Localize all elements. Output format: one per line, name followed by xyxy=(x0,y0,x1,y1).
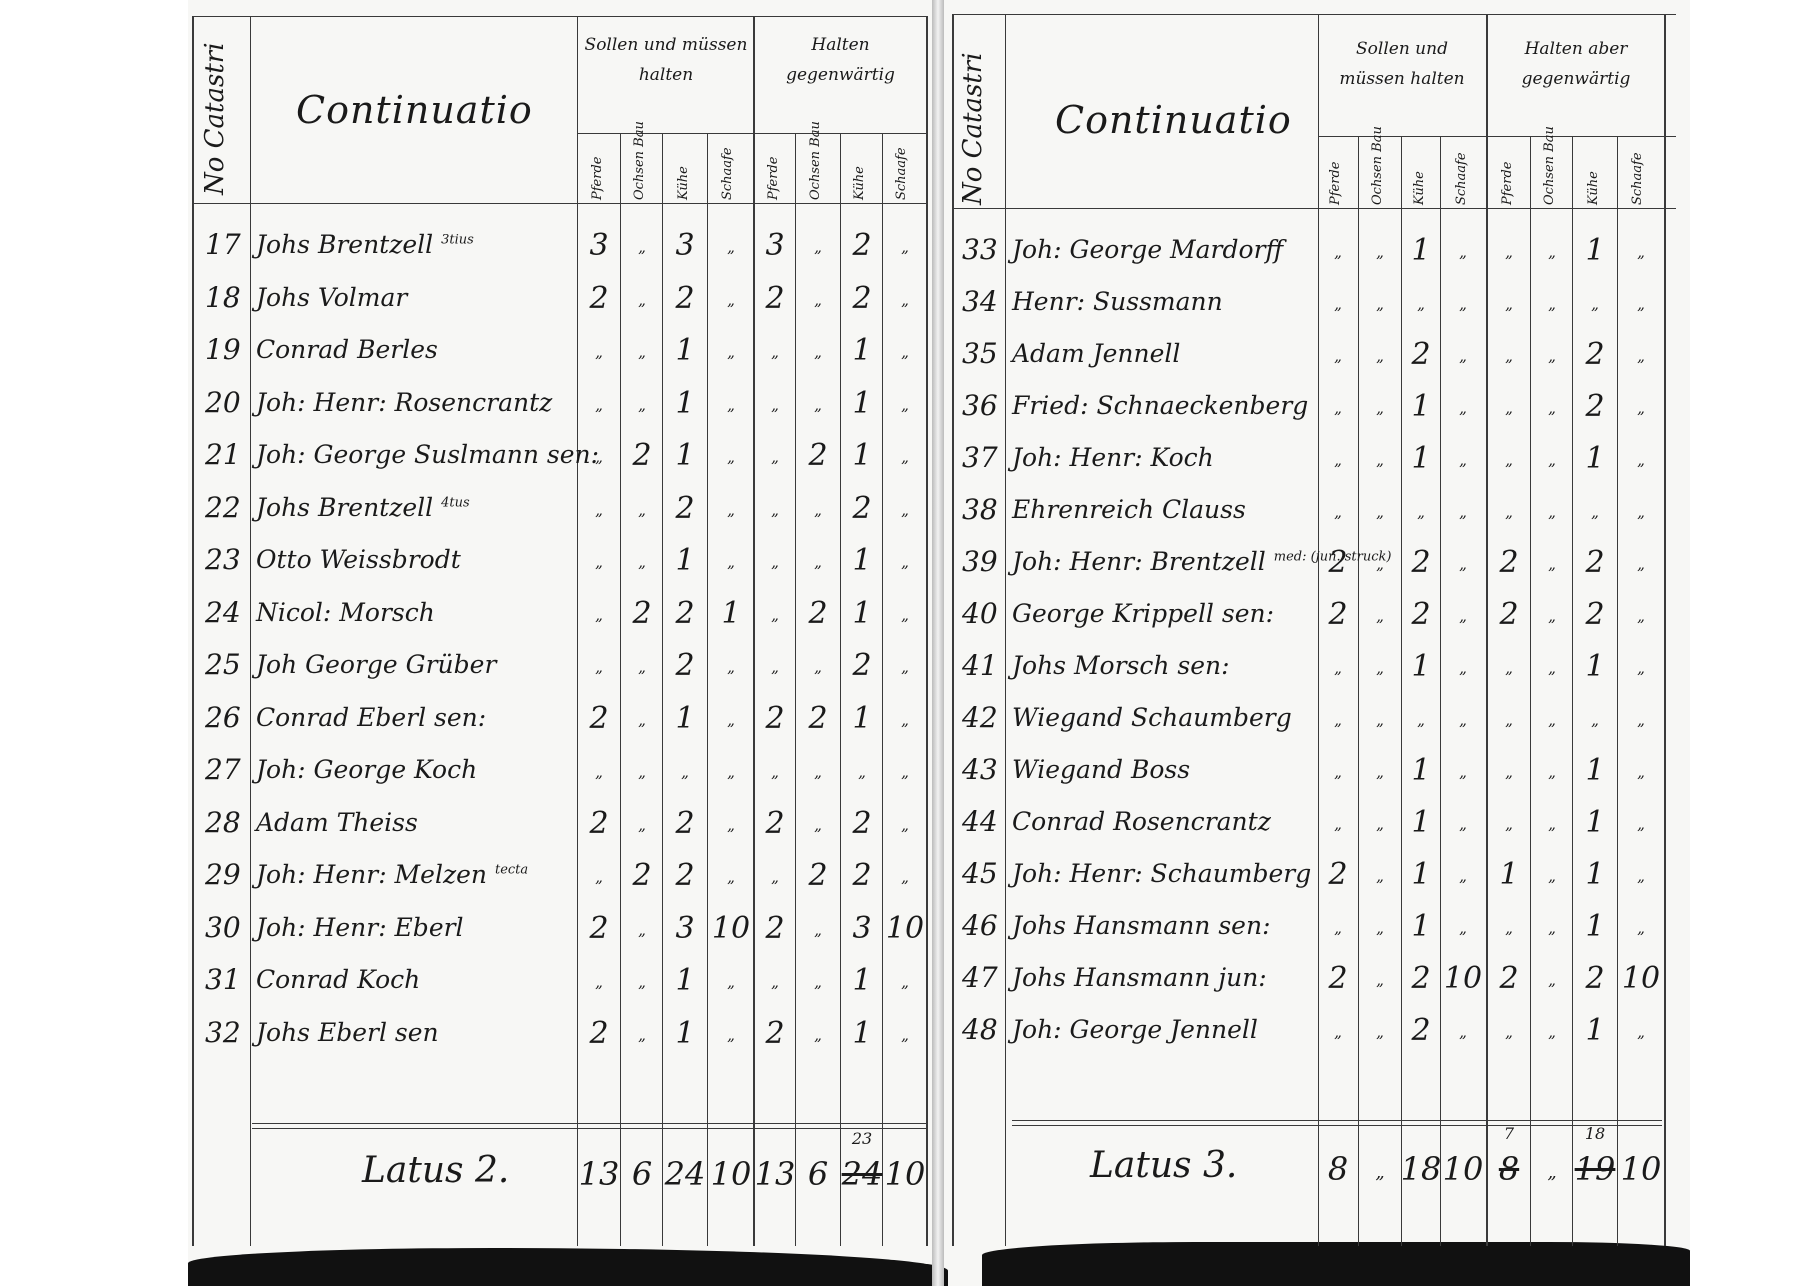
required-count: 10 xyxy=(1441,961,1485,996)
table-row: 40George Krippell sen: 2„2„2„2„ xyxy=(0,597,1814,648)
header-bottom-rule xyxy=(952,208,1676,209)
table-row: 37Joh: Henr: Koch „„1„„„1„ xyxy=(0,441,1814,492)
required-count: „ xyxy=(1441,753,1485,781)
current-count: „ xyxy=(1487,337,1531,365)
required-count: „ xyxy=(1316,805,1360,833)
current-count: „ xyxy=(1619,389,1663,417)
current-count: 1 xyxy=(1573,805,1617,840)
owner-name-text: Johs Hansmann sen: xyxy=(1012,911,1271,940)
required-count: „ xyxy=(1358,701,1402,729)
table-row: 39Joh: Henr: Brentzell med: (jun. struck… xyxy=(0,545,1814,596)
required-count: 2 xyxy=(1316,961,1360,996)
required-count: „ xyxy=(1358,493,1402,521)
latus-total: 10 xyxy=(1619,1150,1663,1188)
latus-struck-value: 19 xyxy=(1575,1150,1616,1188)
catastri-number: 39 xyxy=(962,545,998,578)
catastri-number: 35 xyxy=(962,337,998,370)
required-count: „ xyxy=(1316,701,1360,729)
current-count: 2 xyxy=(1573,545,1617,580)
table-row: 34Henr: Sussmann „„„„„„„„ xyxy=(0,285,1814,336)
current-count: „ xyxy=(1530,909,1574,937)
current-count: „ xyxy=(1619,701,1663,729)
current-count: 1 xyxy=(1573,649,1617,684)
current-count: „ xyxy=(1530,337,1574,365)
current-count: „ xyxy=(1530,233,1574,261)
current-count: „ xyxy=(1619,649,1663,677)
current-count: „ xyxy=(1530,857,1574,885)
required-count: „ xyxy=(1358,1013,1402,1041)
table-row: 36Fried: Schnaeckenberg „„1„„„2„ xyxy=(0,389,1814,440)
required-count: 2 xyxy=(1316,545,1360,580)
current-count: „ xyxy=(1487,493,1531,521)
table-row: 42Wiegand Schaumberg „„„„„„„„ xyxy=(0,701,1814,752)
owner-name: Joh: George Jennell xyxy=(1012,1015,1258,1044)
owner-name-text: Adam Jennell xyxy=(1012,339,1180,368)
required-count: 1 xyxy=(1399,909,1443,944)
required-count: „ xyxy=(1316,441,1360,469)
required-count: „ xyxy=(1358,285,1402,313)
required-count: 2 xyxy=(1316,597,1360,632)
required-count: „ xyxy=(1358,233,1402,261)
table-row: 46Johs Hansmann sen: „„1„„„1„ xyxy=(0,909,1814,960)
required-count: „ xyxy=(1358,909,1402,937)
owner-name: Fried: Schnaeckenberg xyxy=(1012,391,1308,420)
owner-name: Conrad Rosencrantz xyxy=(1012,807,1271,836)
latus-correction: 7 xyxy=(1487,1124,1531,1143)
required-count: „ xyxy=(1358,441,1402,469)
owner-name: Joh: Henr: Schaumberg xyxy=(1012,859,1311,888)
required-count: „ xyxy=(1358,753,1402,781)
catastri-number: 42 xyxy=(962,701,998,734)
subheader-pferde: Pferde xyxy=(1328,162,1343,205)
owner-name: George Krippell sen: xyxy=(1012,599,1274,628)
required-count: 2 xyxy=(1399,337,1443,372)
required-count: „ xyxy=(1316,233,1360,261)
required-count: 2 xyxy=(1399,597,1443,632)
current-count: 2 xyxy=(1487,545,1531,580)
current-count: „ xyxy=(1619,285,1663,313)
owner-name: Ehrenreich Clauss xyxy=(1012,495,1246,524)
current-count: „ xyxy=(1530,961,1574,989)
required-count: „ xyxy=(1316,1013,1360,1041)
current-count: „ xyxy=(1530,389,1574,417)
current-count: „ xyxy=(1619,909,1663,937)
required-count: „ xyxy=(1358,597,1402,625)
required-count: 2 xyxy=(1399,1013,1443,1048)
owner-name: Johs Morsch sen: xyxy=(1012,651,1230,680)
group-header-current: Halten aber gegenwärtig xyxy=(1492,34,1660,94)
catastri-number: 41 xyxy=(962,649,998,682)
latus-total: 8 xyxy=(1316,1150,1360,1188)
subheader-kuehe: Kühe xyxy=(1412,171,1427,205)
current-count: „ xyxy=(1530,1013,1574,1041)
owner-name-text: Joh: George Mardorff xyxy=(1012,235,1283,264)
required-count: 1 xyxy=(1399,857,1443,892)
table-row: 43Wiegand Boss „„1„„„1„ xyxy=(0,753,1814,804)
latus-total-corrected: 7 8 xyxy=(1487,1150,1531,1188)
catastri-number: 37 xyxy=(962,441,998,474)
owner-name: Henr: Sussmann xyxy=(1012,287,1223,316)
current-count: „ xyxy=(1619,337,1663,365)
required-count: „ xyxy=(1316,649,1360,677)
required-count: „ xyxy=(1441,857,1485,885)
subheader-pferde: Pferde xyxy=(1500,162,1515,205)
required-count: „ xyxy=(1441,337,1485,365)
required-count: „ xyxy=(1358,545,1402,573)
required-count: „ xyxy=(1358,649,1402,677)
latus-correction: 18 xyxy=(1573,1124,1617,1143)
required-count: „ xyxy=(1399,493,1443,521)
current-count: „ xyxy=(1530,285,1574,313)
current-count: „ xyxy=(1619,1013,1663,1041)
catastri-number: 44 xyxy=(962,805,998,838)
required-count: 1 xyxy=(1399,233,1443,268)
current-count: 1 xyxy=(1573,1013,1617,1048)
latus-rule xyxy=(1012,1120,1662,1126)
owner-name-text: Joh: Henr: Brentzell xyxy=(1012,547,1266,576)
required-count: „ xyxy=(1441,389,1485,417)
catastri-number: 38 xyxy=(962,493,998,526)
required-count: „ xyxy=(1316,389,1360,417)
current-count: „ xyxy=(1530,545,1574,573)
required-count: „ xyxy=(1316,337,1360,365)
current-count: 1 xyxy=(1573,753,1617,788)
required-count: „ xyxy=(1441,597,1485,625)
owner-name-text: Conrad Rosencrantz xyxy=(1012,807,1271,836)
table-row: 33Joh: George Mardorff „„1„„„1„ xyxy=(0,233,1814,284)
owner-name-text: George Krippell sen: xyxy=(1012,599,1274,628)
owner-name-text: Joh: Henr: Koch xyxy=(1012,443,1214,472)
owner-name: Wiegand Boss xyxy=(1012,755,1190,784)
owner-name: Joh: Henr: Koch xyxy=(1012,443,1214,472)
current-count: „ xyxy=(1619,857,1663,885)
required-count: 1 xyxy=(1399,753,1443,788)
catastri-number: 48 xyxy=(962,1013,998,1046)
owner-name: Adam Jennell xyxy=(1012,339,1180,368)
required-count: „ xyxy=(1441,909,1485,937)
current-count: „ xyxy=(1573,701,1617,729)
current-count: „ xyxy=(1619,493,1663,521)
required-count: „ xyxy=(1316,285,1360,313)
required-count: 2 xyxy=(1399,545,1443,580)
owner-name-text: Joh: Henr: Schaumberg xyxy=(1012,859,1311,888)
current-count: 1 xyxy=(1573,857,1617,892)
latus-label: Latus 3. xyxy=(1090,1145,1237,1186)
current-count: 2 xyxy=(1573,389,1617,424)
required-count: „ xyxy=(1441,233,1485,261)
latus-struck-value: 8 xyxy=(1499,1150,1519,1188)
table-row: 41Johs Morsch sen: „„1„„„1„ xyxy=(0,649,1814,700)
required-count: 2 xyxy=(1316,857,1360,892)
owner-name: Joh: George Mardorff xyxy=(1012,235,1283,264)
required-count: „ xyxy=(1316,909,1360,937)
current-count: „ xyxy=(1487,285,1531,313)
owner-name: Johs Hansmann sen: xyxy=(1012,911,1271,940)
current-count: 2 xyxy=(1573,337,1617,372)
required-count: „ xyxy=(1441,701,1485,729)
latus-total: „ xyxy=(1358,1150,1402,1183)
catastri-number: 43 xyxy=(962,753,998,786)
required-count: „ xyxy=(1358,961,1402,989)
owner-name-text: Joh: George Jennell xyxy=(1012,1015,1258,1044)
right-page: No Catastri Continuatio Sollen und müsse… xyxy=(0,0,1814,1250)
required-count: „ xyxy=(1441,493,1485,521)
required-count: „ xyxy=(1441,545,1485,573)
owner-name-text: Wiegand Schaumberg xyxy=(1012,703,1292,732)
required-count: „ xyxy=(1358,805,1402,833)
catastri-number: 40 xyxy=(962,597,998,630)
subheader-schaafe: Schaafe xyxy=(1454,152,1469,205)
required-count: 1 xyxy=(1399,389,1443,424)
current-count: „ xyxy=(1530,493,1574,521)
required-count: „ xyxy=(1399,285,1443,313)
current-count: 1 xyxy=(1573,441,1617,476)
current-count: 2 xyxy=(1573,597,1617,632)
required-count: „ xyxy=(1358,337,1402,365)
current-count: „ xyxy=(1530,649,1574,677)
required-count: „ xyxy=(1441,441,1485,469)
latus-total: 18 xyxy=(1399,1150,1443,1188)
subheader-ochsen: Ochsen Bau xyxy=(1370,126,1385,205)
current-count: „ xyxy=(1573,493,1617,521)
current-count: „ xyxy=(1530,701,1574,729)
current-count: „ xyxy=(1573,285,1617,313)
current-count: „ xyxy=(1487,753,1531,781)
required-count: „ xyxy=(1399,701,1443,729)
catastri-number: 46 xyxy=(962,909,998,942)
current-count: „ xyxy=(1530,805,1574,833)
table-row: 47Johs Hansmann jun: 2„2102„210 xyxy=(0,961,1814,1012)
required-count: „ xyxy=(1441,1013,1485,1041)
current-count: 1 xyxy=(1487,857,1531,892)
required-count: „ xyxy=(1316,493,1360,521)
top-rule xyxy=(952,14,1676,15)
required-count: 1 xyxy=(1399,805,1443,840)
owner-name-text: Henr: Sussmann xyxy=(1012,287,1223,316)
current-count: 1 xyxy=(1573,233,1617,268)
required-count: „ xyxy=(1441,805,1485,833)
current-count: „ xyxy=(1487,649,1531,677)
owner-name-text: Fried: Schnaeckenberg xyxy=(1012,391,1308,420)
current-count: „ xyxy=(1619,597,1663,625)
catastri-number: 45 xyxy=(962,857,998,890)
current-count: „ xyxy=(1487,233,1531,261)
owner-name-text: Ehrenreich Clauss xyxy=(1012,495,1246,524)
required-count: „ xyxy=(1316,753,1360,781)
subheader-schaafe: Schaafe xyxy=(1630,152,1645,205)
current-count: „ xyxy=(1619,753,1663,781)
group-header-required: Sollen und müssen halten xyxy=(1322,34,1482,94)
required-count: 1 xyxy=(1399,441,1443,476)
current-count: 2 xyxy=(1487,961,1531,996)
current-count: „ xyxy=(1487,909,1531,937)
current-count: „ xyxy=(1530,753,1574,781)
owner-name-text: Johs Hansmann jun: xyxy=(1012,963,1267,992)
current-count: „ xyxy=(1530,441,1574,469)
current-count: „ xyxy=(1487,805,1531,833)
latus-total: 10 xyxy=(1441,1150,1485,1188)
required-count: 2 xyxy=(1399,961,1443,996)
required-count: „ xyxy=(1441,285,1485,313)
current-count: 2 xyxy=(1487,597,1531,632)
owner-name: Johs Hansmann jun: xyxy=(1012,963,1267,992)
required-count: „ xyxy=(1358,857,1402,885)
continuatio-title: Continuatio xyxy=(1055,98,1292,142)
owner-name-text: Wiegand Boss xyxy=(1012,755,1190,784)
current-count: „ xyxy=(1487,441,1531,469)
required-count: „ xyxy=(1441,649,1485,677)
current-count: „ xyxy=(1487,1013,1531,1041)
required-count: „ xyxy=(1358,389,1402,417)
current-count: „ xyxy=(1487,389,1531,417)
current-count: „ xyxy=(1619,545,1663,573)
subheader-kuehe: Kühe xyxy=(1586,171,1601,205)
catastri-number: 47 xyxy=(962,961,998,994)
current-count: „ xyxy=(1487,701,1531,729)
owner-name: Wiegand Schaumberg xyxy=(1012,703,1292,732)
table-row: 44Conrad Rosencrantz „„1„„„1„ xyxy=(0,805,1814,856)
current-count: 1 xyxy=(1573,909,1617,944)
table-row: 45Joh: Henr: Schaumberg 2„1„1„1„ xyxy=(0,857,1814,908)
owner-name-text: Johs Morsch sen: xyxy=(1012,651,1230,680)
latus-total-corrected: 18 19 xyxy=(1573,1150,1617,1188)
current-count: 2 xyxy=(1573,961,1617,996)
latus-total: „ xyxy=(1530,1150,1574,1183)
catastri-number: 34 xyxy=(962,285,998,318)
table-row: 48Joh: George Jennell „„2„„„1„ xyxy=(0,1013,1814,1064)
table-row: 35Adam Jennell „„2„„„2„ xyxy=(0,337,1814,388)
current-count: 10 xyxy=(1619,961,1663,996)
current-count: „ xyxy=(1619,233,1663,261)
table-row: 38Ehrenreich Clauss „„„„„„„„ xyxy=(0,493,1814,544)
current-count: „ xyxy=(1619,805,1663,833)
subheader-ochsen: Ochsen Bau xyxy=(1542,126,1557,205)
catastri-number: 33 xyxy=(962,233,998,266)
current-count: „ xyxy=(1530,597,1574,625)
current-count: „ xyxy=(1619,441,1663,469)
catastri-number: 36 xyxy=(962,389,998,422)
no-catastri-header: No Catastri xyxy=(958,52,988,205)
required-count: 1 xyxy=(1399,649,1443,684)
